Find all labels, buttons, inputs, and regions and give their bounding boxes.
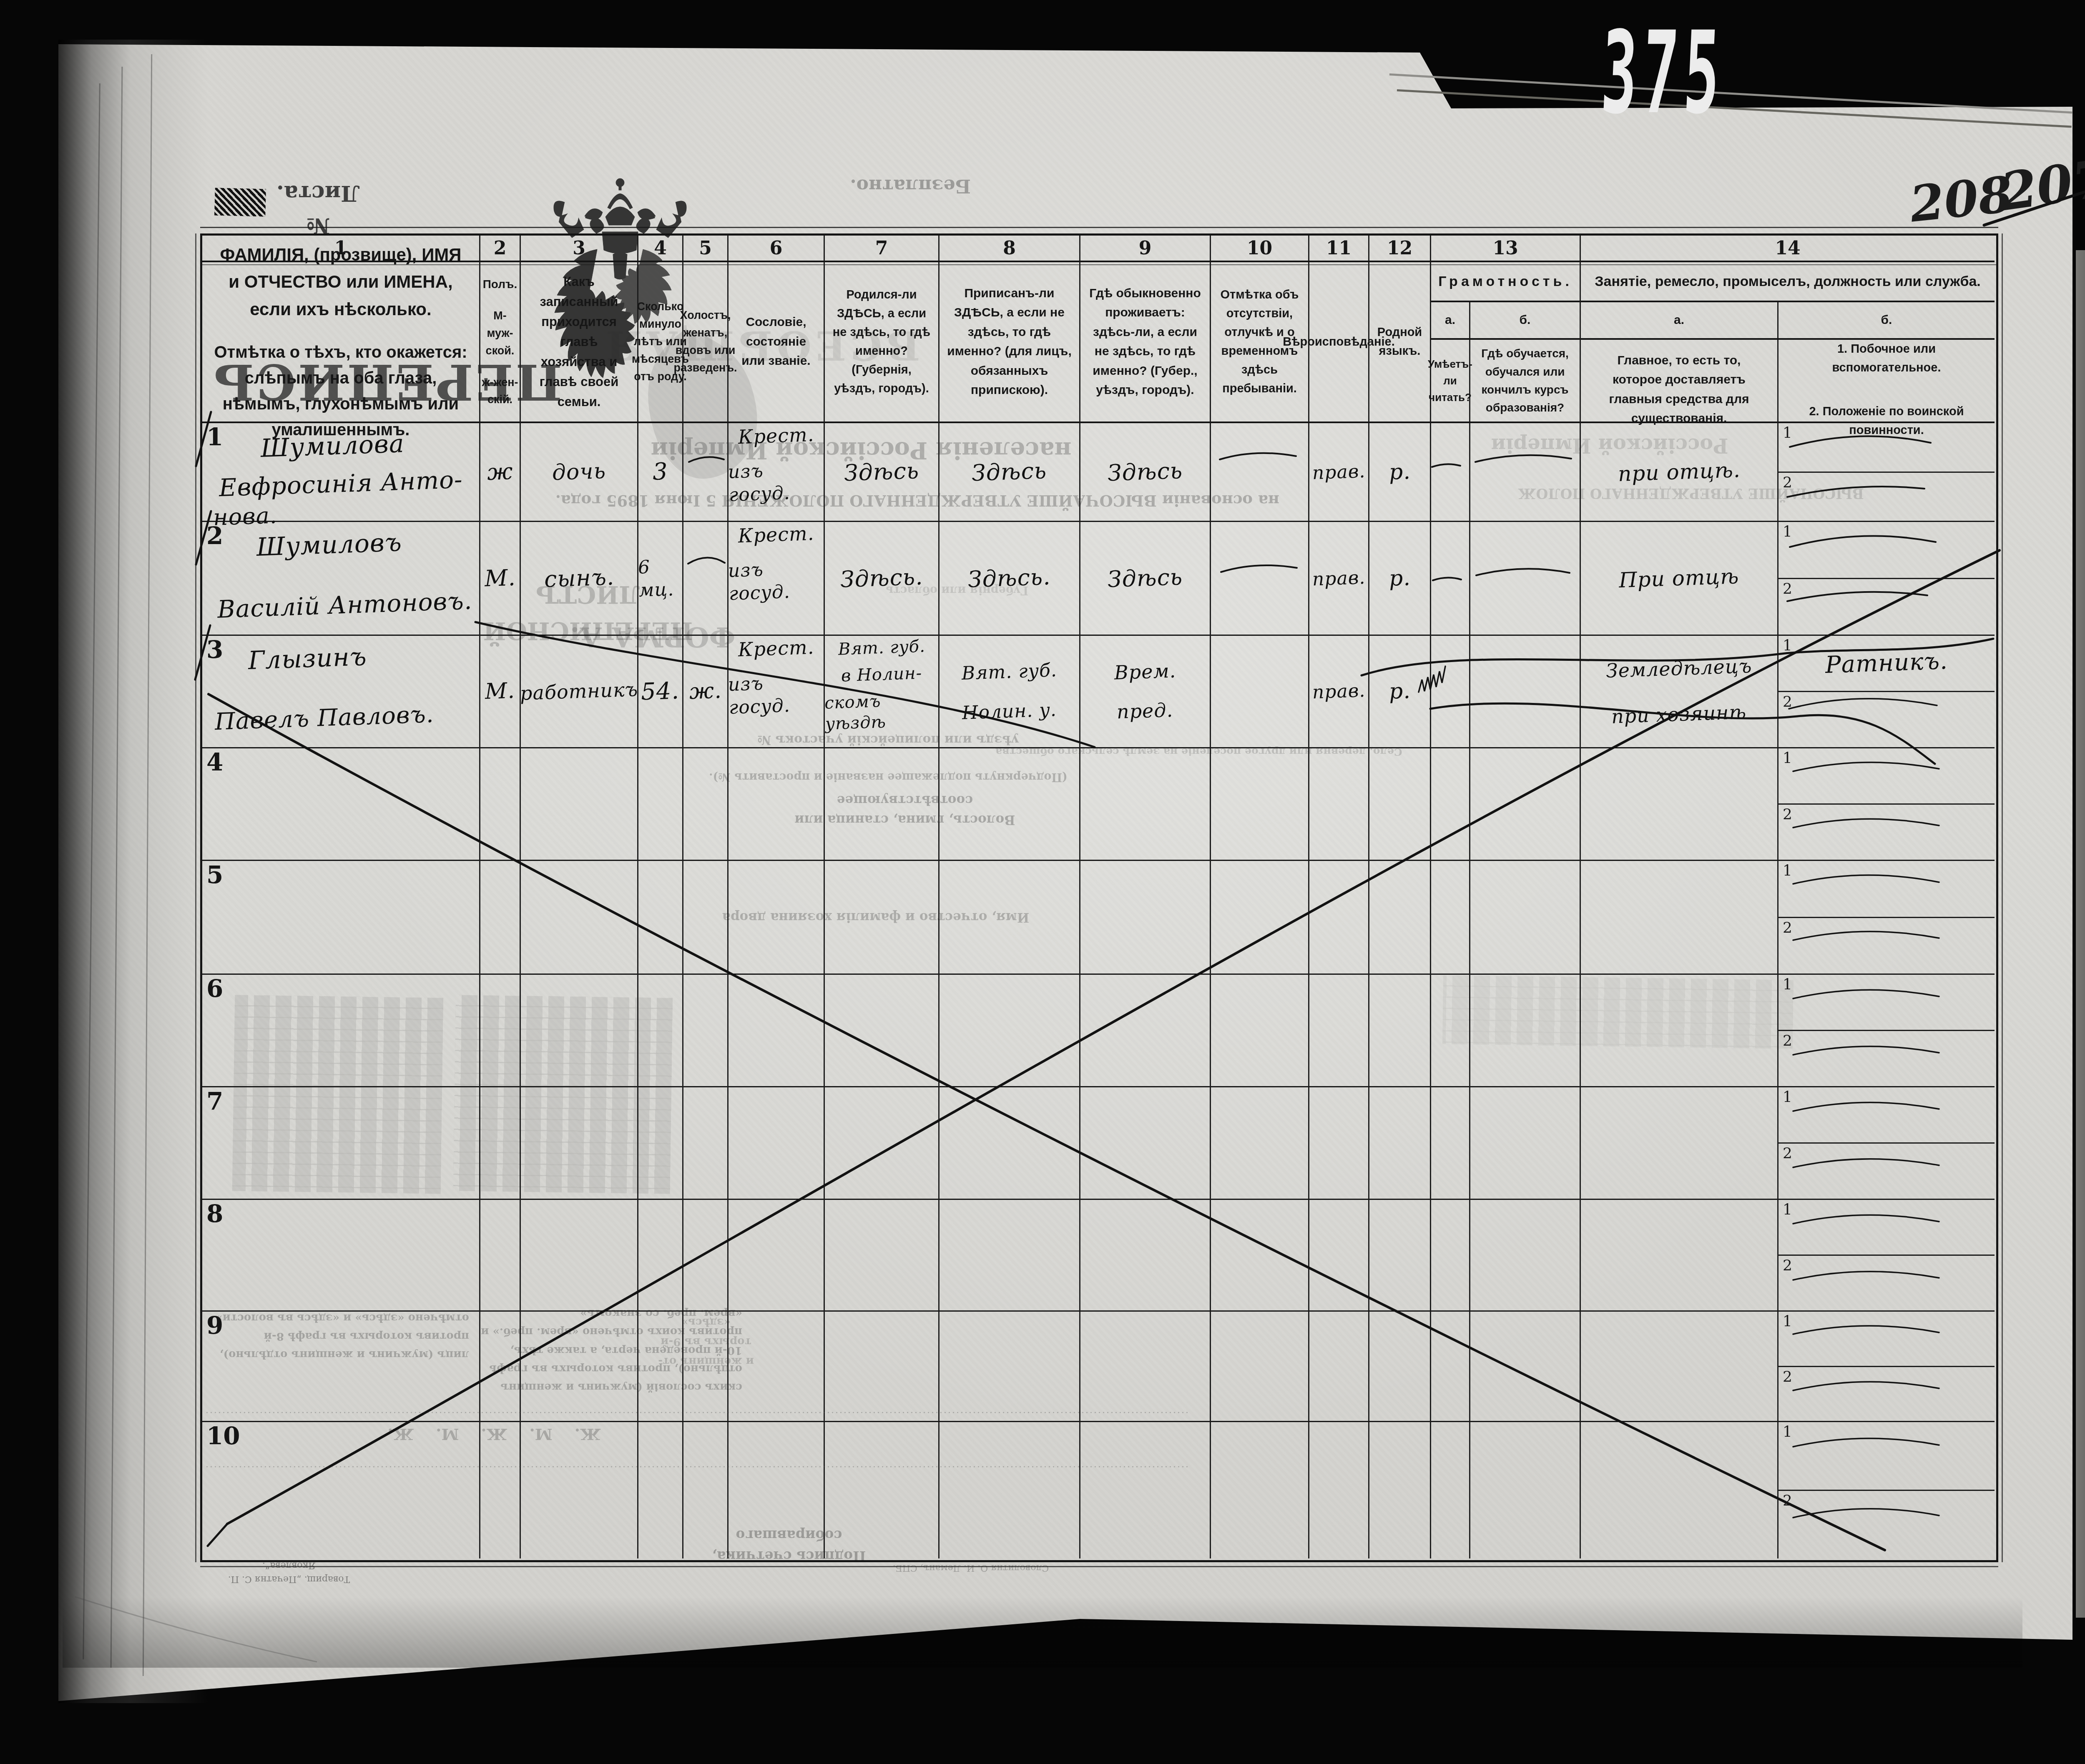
sub-label: 1 bbox=[1783, 863, 1792, 878]
relation-entry: работникъ bbox=[520, 677, 638, 705]
estate-line2: изъ госуд. bbox=[728, 457, 824, 507]
sub-label: 1 bbox=[1783, 1425, 1792, 1440]
registration-line2: Нолин. у. bbox=[962, 698, 1057, 725]
literacy-a-entry bbox=[1431, 522, 1470, 636]
header-literacy-group: Грамотность. а. б. Умѣетъ-ли читать? Гдѣ… bbox=[1431, 262, 1581, 423]
header-sex-female: ж-жен-скій. bbox=[480, 374, 520, 409]
header-name: ФАМИЛІЯ, (прозвище), ИМЯ и ОТЧЕСТВО или … bbox=[202, 262, 480, 423]
sub-label: 2 bbox=[1783, 1146, 1792, 1161]
estate-line1: Крест. bbox=[738, 522, 814, 548]
religion-entry: прав. bbox=[1312, 566, 1366, 590]
birthplace-line2: в Нолин- bbox=[841, 663, 922, 687]
book-gutter-shadow bbox=[58, 40, 208, 1703]
registration-entry: Здѣсь bbox=[971, 457, 1047, 487]
age-entry: 3 bbox=[652, 457, 668, 487]
header-residence: Гдѣ обыкновенно проживаетъ: здѣсь-ли, а … bbox=[1080, 284, 1210, 400]
estate-line2: изъ госуд. bbox=[728, 670, 824, 719]
sub-label: 2 bbox=[1783, 1370, 1792, 1385]
header-estate: Сословіе, состояніе или званіе. bbox=[728, 313, 824, 371]
bottom-shadow bbox=[63, 1597, 2022, 1668]
birthplace-line1: Вят. губ. bbox=[838, 636, 925, 660]
absence-entry bbox=[1211, 522, 1309, 636]
sheet-number-stamp: № Листа. bbox=[270, 177, 366, 242]
sub-label: 2 bbox=[1783, 695, 1792, 710]
literacy-b-entry bbox=[1470, 636, 1581, 748]
language-entry: р. bbox=[1388, 677, 1411, 705]
military-status-entry: Ратникъ. bbox=[1825, 647, 1948, 680]
birthplace-entry: Здѣсь. bbox=[840, 563, 924, 594]
row-1-name: 1 Шумилова Евфросинія Анто- нова. bbox=[202, 423, 480, 522]
row-number: 1 bbox=[206, 425, 223, 449]
religion-entry: прав. bbox=[1312, 679, 1366, 704]
given-name: Василій Антоновъ. bbox=[217, 585, 473, 625]
header-literacy-b-label: б. bbox=[1520, 311, 1531, 330]
relation-entry: дочь bbox=[552, 457, 606, 486]
header-occupation-group: Занятіе, ремесло, промыселъ, должность и… bbox=[1581, 262, 1995, 423]
header-sex-male: М-муж-ской. bbox=[480, 307, 520, 360]
sub-label: 1 bbox=[1783, 1314, 1792, 1329]
sub-label: 2 bbox=[1783, 1493, 1792, 1508]
surname: Шумиловъ bbox=[256, 527, 402, 563]
row-2-name: 2 Шумиловъ Василій Антоновъ. bbox=[202, 522, 480, 636]
registration-entry: Вят. губ. Нолин. у. bbox=[940, 636, 1080, 748]
header-literacy-title: Грамотность. bbox=[1438, 271, 1573, 293]
estate-entry: Крест. изъ госуд. bbox=[728, 522, 825, 636]
sub-label: 1 bbox=[1783, 1090, 1792, 1105]
header-name-main: ФАМИЛІЯ, (прозвище), ИМЯ и ОТЧЕСТВО или … bbox=[213, 241, 468, 322]
header-literacy-a: Умѣетъ-ли читать? bbox=[1425, 356, 1475, 406]
sex-entry: М. bbox=[485, 677, 515, 705]
row-number: 3 bbox=[206, 637, 223, 662]
registration-line1: Вят. губ. bbox=[961, 659, 1058, 685]
sub-label: 1 bbox=[1783, 426, 1792, 441]
absence-entry bbox=[1211, 423, 1309, 522]
header-occupation-title: Занятіе, ремесло, промыселъ, должность и… bbox=[1595, 271, 1981, 293]
header-birthplace: Родился-ли ЗДѢСЬ, а если не здѣсь, то гд… bbox=[825, 286, 938, 398]
census-table: 1 2 3 4 5 6 7 8 9 10 11 12 13 14 ФАМИЛІЯ… bbox=[200, 233, 1998, 1562]
outer-rule bbox=[2002, 233, 2003, 1562]
relation-entry: сынъ. bbox=[543, 563, 614, 593]
col-number-9: 9 bbox=[1080, 236, 1211, 262]
outer-rule bbox=[195, 233, 196, 1562]
estate-entry: Крест. изъ госуд. bbox=[728, 423, 825, 522]
row-number: 9 bbox=[206, 1313, 223, 1337]
occupation-entry: Земледѣлецъ при хозяинѣ bbox=[1581, 636, 1779, 748]
sub-label: 2 bbox=[1783, 1258, 1792, 1273]
header-occupation-b-label: б. bbox=[1881, 311, 1892, 330]
sub-label: 2 bbox=[1783, 582, 1792, 597]
literacy-b-entry bbox=[1470, 522, 1581, 636]
residence-line1: Врем. bbox=[1114, 659, 1176, 685]
row-3-name: 3 Глызинъ Павелъ Павловъ. bbox=[202, 636, 480, 748]
col-number-5: 5 bbox=[683, 236, 728, 262]
header-language: Родной языкъ. bbox=[1369, 323, 1430, 361]
fore-edge-strip bbox=[2076, 250, 2085, 1618]
estate-entry: Крест. изъ госуд. bbox=[728, 636, 825, 748]
col-number-11: 11 bbox=[1309, 236, 1369, 262]
sub-label: 2 bbox=[1783, 807, 1792, 822]
col-number-14: 14 bbox=[1581, 236, 1995, 262]
header-occupation-a: Главное, то есть то, которое доставляетъ… bbox=[1581, 351, 1777, 429]
row-number: 5 bbox=[206, 863, 223, 887]
estate-line1: Крест. bbox=[738, 635, 814, 662]
foundry-imprint: Словолитня О. И. Леманъ, СПБ. bbox=[867, 1561, 1075, 1575]
occupation-entry: при отцѣ. bbox=[1618, 457, 1741, 487]
header-occupation-a-label: а. bbox=[1674, 311, 1684, 330]
outer-rule bbox=[200, 1566, 1998, 1567]
language-entry: р. bbox=[1388, 565, 1411, 592]
marital-entry: ж. bbox=[689, 677, 722, 706]
scanned-census-sheet: 375 208 207 № Листа. Безплатно. ПЕРЕПИСЬ… bbox=[0, 0, 2085, 1764]
sex-entry: М. bbox=[484, 564, 516, 593]
age-entry: 6 мц. bbox=[638, 555, 683, 602]
row-number: 6 bbox=[206, 976, 223, 1001]
header-literacy-b: Гдѣ обучается, обучался или кончилъ курс… bbox=[1470, 344, 1580, 417]
header-sex-title: Полъ. bbox=[483, 275, 517, 293]
row-number: 10 bbox=[206, 1424, 240, 1448]
occupation-b-entry: 1 Ратникъ. 2 bbox=[1779, 636, 1995, 748]
header-relation: Какъ записанный приходится главѣ хозяйст… bbox=[521, 272, 637, 412]
occupation-b-entry: 1 2 bbox=[1779, 423, 1995, 522]
row-number: 8 bbox=[206, 1202, 223, 1226]
col-number-2: 2 bbox=[480, 236, 521, 262]
header-occupation-b1: 1. Побочное или вспомогательное. bbox=[1779, 340, 1995, 377]
marital-entry bbox=[683, 522, 728, 636]
sub-label: 2 bbox=[1783, 475, 1792, 490]
occupation-entry: При отцѣ bbox=[1618, 563, 1739, 594]
col-number-7: 7 bbox=[825, 236, 940, 262]
age-entry: 54. bbox=[641, 676, 680, 707]
surname: Глызинъ bbox=[248, 641, 367, 677]
sub-label: 1 bbox=[1783, 524, 1792, 539]
literacy-b-entry bbox=[1470, 423, 1581, 522]
sub-label: 2 bbox=[1783, 1034, 1792, 1049]
sub-label: 1 bbox=[1783, 977, 1792, 992]
estate-line2: изъ госуд. bbox=[728, 556, 824, 605]
given-name: Евфросинія Анто- bbox=[219, 464, 463, 503]
outer-rule bbox=[200, 227, 1998, 228]
row-number: 4 bbox=[206, 750, 223, 774]
sex-entry: ж bbox=[487, 457, 514, 487]
col-number-12: 12 bbox=[1369, 236, 1431, 262]
occupation-b-entry: 1 2 bbox=[1779, 522, 1995, 636]
literacy-a-entry bbox=[1431, 636, 1470, 748]
col-number-3: 3 bbox=[521, 236, 638, 262]
sub-label: 1 bbox=[1783, 1202, 1792, 1217]
occupation-line2: при хозяинѣ bbox=[1611, 700, 1747, 729]
birthplace-line3: скомъ уѣздѣ bbox=[824, 689, 939, 734]
sub-label: 2 bbox=[1783, 921, 1792, 936]
frame-counter: 375 bbox=[1599, 8, 1728, 139]
col-number-4: 4 bbox=[638, 236, 683, 262]
birthplace-entry: Вят. губ. в Нолин- скомъ уѣздѣ bbox=[825, 636, 940, 748]
row-number: 2 bbox=[206, 524, 223, 548]
residence-entry: Здѣсь bbox=[1107, 457, 1183, 487]
residence-entry: Здѣсь bbox=[1107, 563, 1183, 594]
sub-label: 1 bbox=[1783, 638, 1792, 653]
hatched-box bbox=[214, 188, 266, 216]
estate-line1: Крест. bbox=[738, 423, 814, 449]
sub-label: 1 bbox=[1783, 751, 1792, 766]
header-literacy-a-label: а. bbox=[1445, 311, 1455, 330]
printer-imprint: Товарищ. „Печатня С. П. Яковлева“. bbox=[203, 1558, 374, 1586]
absence-entry bbox=[1211, 636, 1309, 748]
free-of-charge-stamp: Безплатно. bbox=[862, 172, 971, 199]
residence-entry: Врем. пред. bbox=[1080, 636, 1211, 748]
residence-line2: пред. bbox=[1116, 698, 1173, 724]
col-number-10: 10 bbox=[1211, 236, 1309, 262]
row-number: 7 bbox=[206, 1089, 223, 1113]
col-number-13: 13 bbox=[1431, 236, 1581, 262]
religion-entry: прав. bbox=[1312, 459, 1366, 484]
given-name: Павелъ Павловъ. bbox=[214, 700, 435, 737]
header-sex: Полъ. М-муж-ской. ж-жен-скій. bbox=[480, 262, 521, 423]
occupation-line1: Земледѣлецъ bbox=[1605, 654, 1752, 683]
birthplace-entry: Здѣсь bbox=[844, 457, 919, 487]
language-entry: р. bbox=[1388, 458, 1411, 486]
registration-entry: Здѣсь. bbox=[967, 563, 1051, 594]
marital-entry bbox=[683, 423, 728, 522]
literacy-a-entry bbox=[1431, 423, 1470, 522]
col-number-6: 6 bbox=[728, 236, 825, 262]
col-number-8: 8 bbox=[940, 236, 1080, 262]
surname: Шумилова bbox=[260, 428, 405, 464]
header-registration: Приписанъ-ли ЗДѢСЬ, а если не здѣсь, то … bbox=[940, 284, 1079, 400]
